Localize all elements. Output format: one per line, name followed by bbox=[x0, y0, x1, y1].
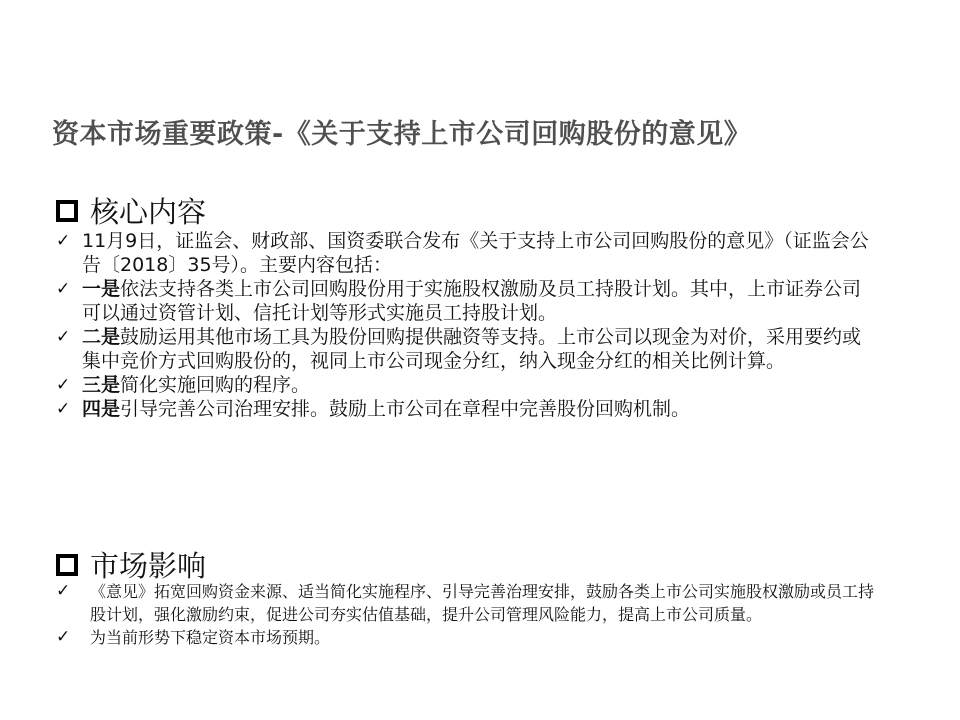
list-item: ✓ 《意见》拓宽回购资金来源、适当简化实施程序、引导完善治理安排，鼓励各类上市公… bbox=[56, 580, 876, 626]
section-heading-label: 核心内容 bbox=[90, 190, 206, 231]
checkmark-icon: ✓ bbox=[56, 626, 70, 649]
checkmark-icon: ✓ bbox=[56, 397, 70, 421]
slide-title: 资本市场重要政策-《关于支持上市公司回购股份的意见》 bbox=[52, 112, 751, 151]
list-item: ✓ 一是依法支持各类上市公司回购股份用于实施股权激励及员工持股计划。其中，上市证… bbox=[56, 277, 876, 325]
checkmark-icon: ✓ bbox=[56, 373, 70, 397]
market-impact-list: ✓ 《意见》拓宽回购资金来源、适当简化实施程序、引导完善治理安排，鼓励各类上市公… bbox=[56, 580, 876, 649]
list-item: ✓ 三是简化实施回购的程序。 bbox=[56, 373, 876, 397]
item-text: 引导完善公司治理安排。鼓励上市公司在章程中完善股份回购机制。 bbox=[120, 398, 690, 420]
item-text: 为当前形势下稳定资本市场预期。 bbox=[90, 628, 330, 647]
list-item: ✓ 二是鼓励运用其他市场工具为股份回购提供融资等支持。上市公司以现金为对价，采用… bbox=[56, 325, 876, 373]
item-lead: 三是 bbox=[82, 374, 120, 396]
section-heading-core: 核心内容 bbox=[56, 190, 206, 231]
item-text: 鼓励运用其他市场工具为股份回购提供融资等支持。上市公司以现金为对价，采用要约或集… bbox=[82, 326, 861, 372]
checkmark-icon: ✓ bbox=[56, 580, 70, 603]
item-text: 简化实施回购的程序。 bbox=[120, 374, 310, 396]
list-item: ✓ 四是引导完善公司治理安排。鼓励上市公司在章程中完善股份回购机制。 bbox=[56, 397, 876, 421]
checkmark-icon: ✓ bbox=[56, 277, 70, 301]
section-heading-impact: 市场影响 bbox=[56, 544, 206, 585]
item-lead: 四是 bbox=[82, 398, 120, 420]
item-text: 依法支持各类上市公司回购股份用于实施股权激励及员工持股计划。其中，上市证券公司可… bbox=[82, 278, 861, 324]
list-item: ✓ 为当前形势下稳定资本市场预期。 bbox=[56, 626, 876, 649]
list-item: ✓ 11月9日，证监会、财政部、国资委联合发布《关于支持上市公司回购股份的意见》… bbox=[56, 229, 876, 277]
item-text: 《意见》拓宽回购资金来源、适当简化实施程序、引导完善治理安排，鼓励各类上市公司实… bbox=[90, 582, 874, 624]
item-lead: 二是 bbox=[82, 326, 120, 348]
hollow-square-icon bbox=[56, 554, 78, 576]
section-heading-label: 市场影响 bbox=[90, 544, 206, 585]
checkmark-icon: ✓ bbox=[56, 229, 70, 253]
item-lead: 一是 bbox=[82, 278, 120, 300]
hollow-square-icon bbox=[56, 200, 78, 222]
item-text: 11月9日，证监会、财政部、国资委联合发布《关于支持上市公司回购股份的意见》（证… bbox=[82, 230, 869, 276]
core-content-list: ✓ 11月9日，证监会、财政部、国资委联合发布《关于支持上市公司回购股份的意见》… bbox=[56, 229, 876, 421]
checkmark-icon: ✓ bbox=[56, 325, 70, 349]
